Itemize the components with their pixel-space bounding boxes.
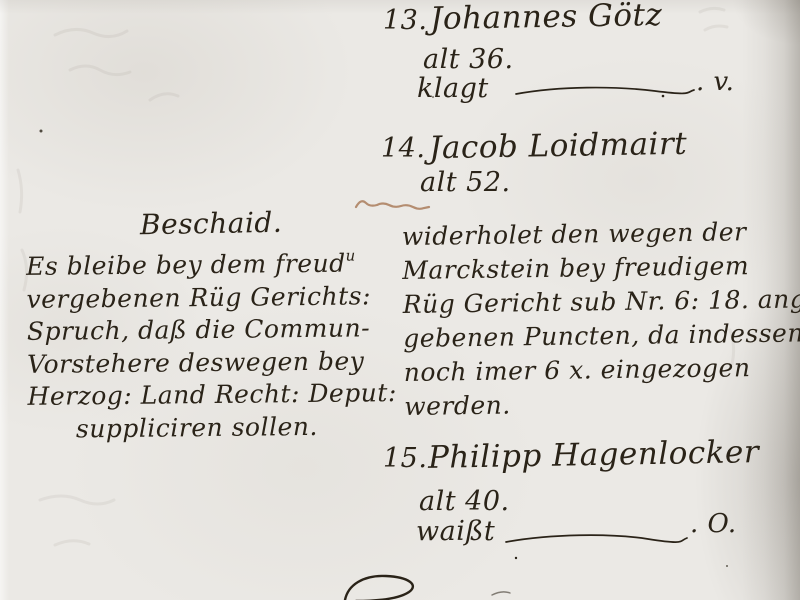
next-entry-partial-stroke bbox=[345, 576, 413, 600]
ink-speck bbox=[726, 565, 728, 567]
correction-squiggle bbox=[356, 201, 429, 209]
next-entry-partial-mark bbox=[492, 592, 510, 595]
ink-dot bbox=[662, 95, 665, 98]
ink-speck bbox=[432, 96, 434, 98]
ditto-line-entry-13 bbox=[516, 88, 694, 94]
ink-stroke-layer bbox=[0, 0, 800, 600]
ink-speck bbox=[515, 557, 517, 559]
manuscript-page: 13. Johannes Götz alt 36. klagt . v. 14.… bbox=[0, 0, 800, 600]
ink-speck bbox=[40, 130, 43, 133]
ditto-line-entry-15 bbox=[506, 535, 687, 542]
